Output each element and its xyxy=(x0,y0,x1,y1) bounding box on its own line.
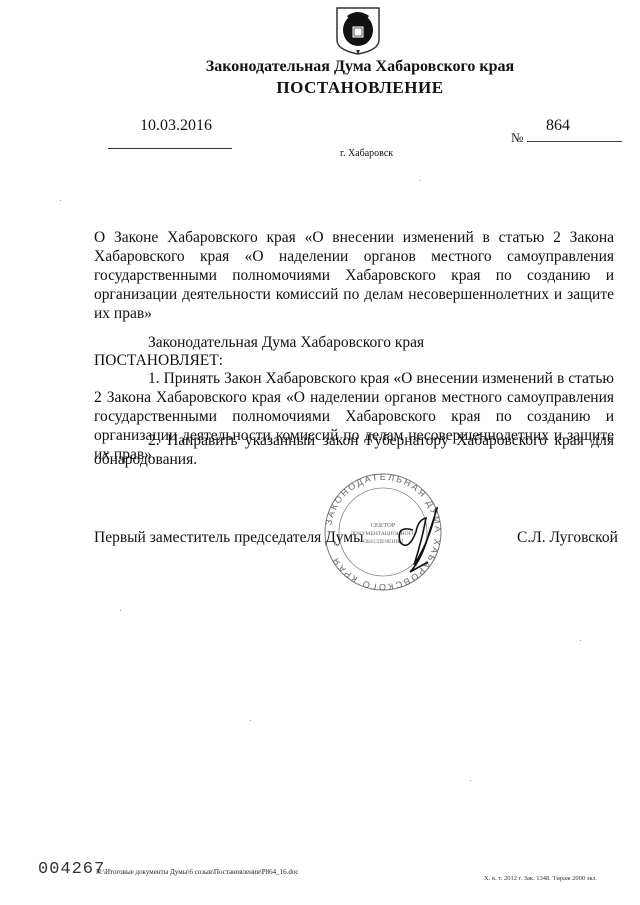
preamble-resolves: ПОСТАНОВЛЯЕТ: xyxy=(94,351,223,370)
city: г. Хабаровск xyxy=(340,148,393,159)
number-underline xyxy=(527,141,622,142)
resolution-item-2: 2. Направить указанный закон Губернатору… xyxy=(94,431,614,469)
scan-speck xyxy=(120,610,121,611)
signatory-name: С.Л. Луговской xyxy=(517,528,618,547)
scan-speck xyxy=(420,180,421,181)
document-type: ПОСТАНОВЛЕНИЕ xyxy=(0,78,640,98)
date-underline xyxy=(108,148,232,149)
scan-speck xyxy=(580,640,581,641)
file-path: N:\Итоговые документы Думы\6 созыв\Поста… xyxy=(96,868,298,876)
print-info: Х. к. т. 2012 г. Зак. 1348. Тираж 2000 э… xyxy=(484,875,597,882)
signatory-position: Первый заместитель председателя Думы xyxy=(94,528,364,547)
scan-speck xyxy=(60,200,61,201)
document-date: 10.03.2016 xyxy=(140,117,212,135)
preamble-body: Законодательная Дума Хабаровского края xyxy=(148,333,424,352)
svg-text:СЕКТОР: СЕКТОР xyxy=(371,522,396,529)
number-label: № xyxy=(511,130,523,146)
coat-of-arms-icon xyxy=(333,6,383,56)
svg-text:ОБЕСПЕЧЕНИЯ: ОБЕСПЕЧЕНИЯ xyxy=(363,539,403,545)
organization-name: Законодательная Дума Хабаровского края xyxy=(0,58,640,76)
scan-speck xyxy=(250,720,251,721)
document-title: О Законе Хабаровского края «О внесении и… xyxy=(94,228,614,323)
document-number: 864 xyxy=(546,117,570,135)
scan-speck xyxy=(470,780,471,781)
